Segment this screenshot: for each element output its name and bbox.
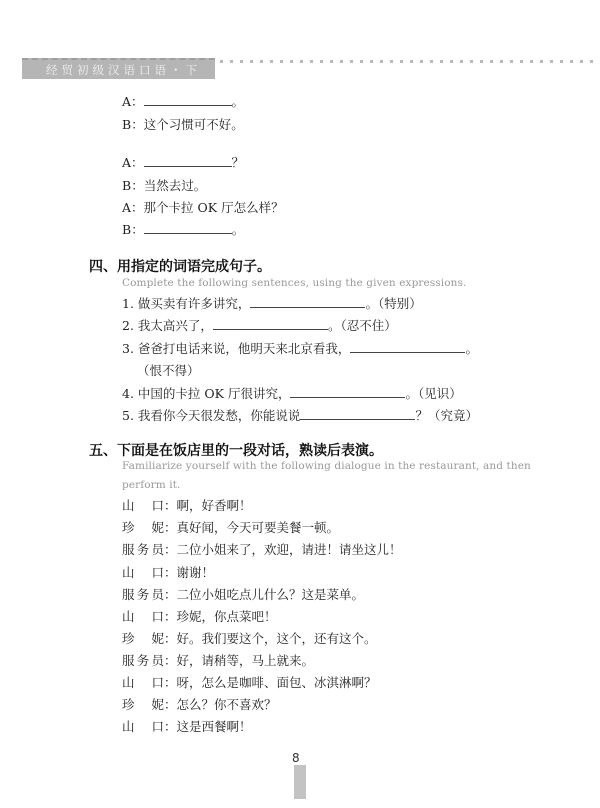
dialogue-line: 珍妮：真好闻，今天可要美餐一顿。 [122,518,339,538]
exercise-item: 1. 做买卖有许多讲究，。（特别） [122,294,422,314]
dialogue-line: 山口：谢谢！ [122,563,214,583]
dialogue-text: 呀，怎么是咖啡、面包、冰淇淋啊？ [177,675,377,690]
item-hint: 。（见识） [405,386,461,401]
item-number: 3. [122,341,134,356]
speaker-label: 山口 [122,673,164,693]
speaker-label: 珍妮 [122,629,164,649]
dialogue-text: 当然去过。 [144,178,207,193]
dialogue-text: 这是西餐啊！ [177,719,252,734]
page-number: 8 [292,751,300,765]
dialogue-line: A：那个卡拉 OK 厅怎么样？ [122,198,284,218]
punctuation: 。 [232,94,245,109]
dialogue-text: 那个卡拉 OK 厅怎么样？ [144,200,284,215]
item-number: 4. [122,386,134,401]
dialogue-text: 二位小姐来了，欢迎，请进！请坐这儿！ [177,542,402,557]
section-5-instruction-cont: perform it. [122,479,181,491]
dialogue-text: 珍妮，你点菜吧！ [177,609,277,624]
speaker-label: 服务员 [122,585,164,605]
item-prompt: 爸爸打电话来说，他明天来北京看我， [138,341,351,356]
answer-blank[interactable] [144,220,232,234]
punctuation: ？ [232,155,245,170]
answer-blank[interactable] [144,153,232,167]
item-prompt: 我太高兴了， [138,318,213,333]
dialogue-line: A：？ [122,153,244,173]
dialogue-text: 好，请稍等，马上就来。 [177,653,315,668]
dialogue-line: B：这个习惯可不好。 [122,115,244,135]
speaker-label: A [122,94,131,109]
dialogue-line: A：。 [122,92,244,112]
dialogue-line: 服务员：二位小姐吃点儿什么？这是菜单。 [122,585,364,605]
item-hint-continuation: （恨不得） [137,361,200,381]
answer-blank[interactable] [144,92,232,106]
item-hint: 。（特别） [365,296,421,311]
answer-blank[interactable] [213,316,328,330]
item-number: 1. [122,296,134,311]
speaker-label: 山口 [122,563,164,583]
item-punct: 。 [465,341,478,356]
dialogue-line: 山口：啊，好香啊！ [122,496,252,516]
answer-blank[interactable] [290,384,405,398]
item-prompt: 中国的卡拉 OK 厅很讲究， [138,386,291,401]
speaker-label: B [122,222,131,237]
speaker-label: B [122,178,131,193]
dialogue-line: 珍妮：怎么？你不喜欢？ [122,695,277,715]
punctuation: 。 [232,222,245,237]
speaker-label: 珍妮 [122,518,164,538]
exercise-item: 5. 我看你今天很发愁，你能说说？（究竟） [122,406,478,426]
running-header: 经贸初级汉语口语・下 [22,58,215,79]
section-5-title: 五、下面是在饭店里的一段对话，熟读后表演。 [89,440,383,460]
dialogue-text: 谢谢！ [177,565,215,580]
item-hint: 。（忍不住） [328,318,397,333]
dialogue-line: B：。 [122,220,244,240]
speaker-label: 服务员 [122,651,164,671]
speaker-label: B [122,117,131,132]
exercise-item: 3. 爸爸打电话来说，他明天来北京看我，。 [122,339,478,359]
dialogue-line: 服务员：好，请稍等，马上就来。 [122,651,314,671]
speaker-label: 珍妮 [122,695,164,715]
header-dotted-rule [220,60,600,63]
dialogue-text: 二位小姐吃点儿什么？这是菜单。 [177,587,365,602]
speaker-label: A [122,200,131,215]
speaker-label: 山口 [122,496,164,516]
item-number: 2. [122,318,134,333]
dialogue-text: 这个习惯可不好。 [144,117,244,132]
dialogue-line: 山口：呀，怎么是咖啡、面包、冰淇淋啊？ [122,673,377,693]
dialogue-text: 啊，好香啊！ [177,498,252,513]
dialogue-line: 山口：珍妮，你点菜吧！ [122,607,277,627]
speaker-label: 山口 [122,607,164,627]
page-tab-marker [294,765,306,799]
dialogue-text: 真好闻，今天可要美餐一顿。 [177,520,340,535]
item-hint: ？（究竟） [415,408,478,423]
item-prompt: 做买卖有许多讲究， [138,296,251,311]
dialogue-line: 服务员：二位小姐来了，欢迎，请进！请坐这儿！ [122,540,402,560]
dialogue-line: 山口：这是西餐啊！ [122,717,252,737]
exercise-item: 2. 我太高兴了，。（忍不住） [122,316,397,336]
speaker-label: 山口 [122,717,164,737]
book-title: 经贸初级汉语口语・下 [46,62,201,78]
dialogue-line: 珍妮：好。我们要这个，这个，还有这个。 [122,629,377,649]
answer-blank[interactable] [350,339,465,353]
answer-blank[interactable] [300,406,415,420]
answer-blank[interactable] [250,294,365,308]
item-number: 5. [122,408,134,423]
speaker-label: 服务员 [122,540,164,560]
dialogue-text: 好。我们要这个，这个，还有这个。 [177,631,377,646]
speaker-label: A [122,155,131,170]
item-prompt: 我看你今天很发愁，你能说说 [138,408,301,423]
section-4-title: 四、用指定的词语完成句子。 [89,256,271,276]
dialogue-text: 怎么？你不喜欢？ [177,697,277,712]
dialogue-line: B：当然去过。 [122,176,206,196]
section-5-instruction: Familiarize yourself with the following … [122,460,531,472]
exercise-item: 4. 中国的卡拉 OK 厅很讲究，。（见识） [122,384,462,404]
section-4-instruction: Complete the following sentences, using … [122,277,466,289]
